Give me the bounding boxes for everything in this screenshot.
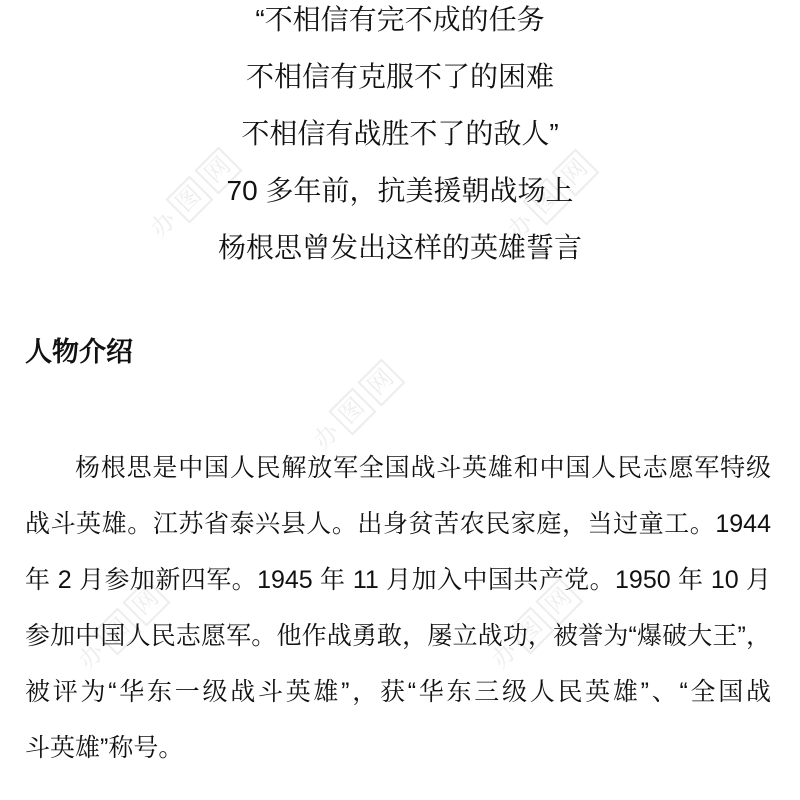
bio-line-2: 战斗英雄。江苏省泰兴县人。出身贫苦农民家庭，当过童工。1944	[25, 496, 771, 552]
bio-line-6: 斗英雄”称号。	[25, 720, 771, 776]
quote-line-5: 杨根思曾发出这样的英雄誓言	[0, 219, 800, 276]
bio-line-4: 参加中国人民志愿军。他作战勇敢，屡立战功，被誉为“爆破大王”，	[25, 608, 771, 664]
hero-quote-block: “不相信有完不成的任务 不相信有克服不了的困难 不相信有战胜不了的敌人” 70 …	[0, 0, 800, 276]
quote-line-3: 不相信有战胜不了的敌人”	[0, 105, 800, 162]
section-heading: 人物介绍	[25, 334, 133, 370]
document-page: 办 图 网 办 图 网 办 图 网 办 图 网 办 图 网 “不相信有完不成的任…	[0, 0, 800, 800]
document-content: “不相信有完不成的任务 不相信有克服不了的困难 不相信有战胜不了的敌人” 70 …	[0, 0, 800, 800]
quote-line-1: “不相信有完不成的任务	[0, 0, 800, 48]
bio-paragraph: 杨根思是中国人民解放军全国战斗英雄和中国人民志愿军特级 战斗英雄。江苏省泰兴县人…	[25, 440, 771, 776]
bio-line-3: 年 2 月参加新四军。1945 年 11 月加入中国共产党。1950 年 10 …	[25, 552, 771, 608]
bio-line-5: 被评为“华东一级战斗英雄”，获“华东三级人民英雄”、“全国战	[25, 664, 771, 720]
bio-line-1: 杨根思是中国人民解放军全国战斗英雄和中国人民志愿军特级	[25, 440, 771, 496]
quote-line-4: 70 多年前，抗美援朝战场上	[0, 162, 800, 219]
quote-line-2: 不相信有克服不了的困难	[0, 48, 800, 105]
